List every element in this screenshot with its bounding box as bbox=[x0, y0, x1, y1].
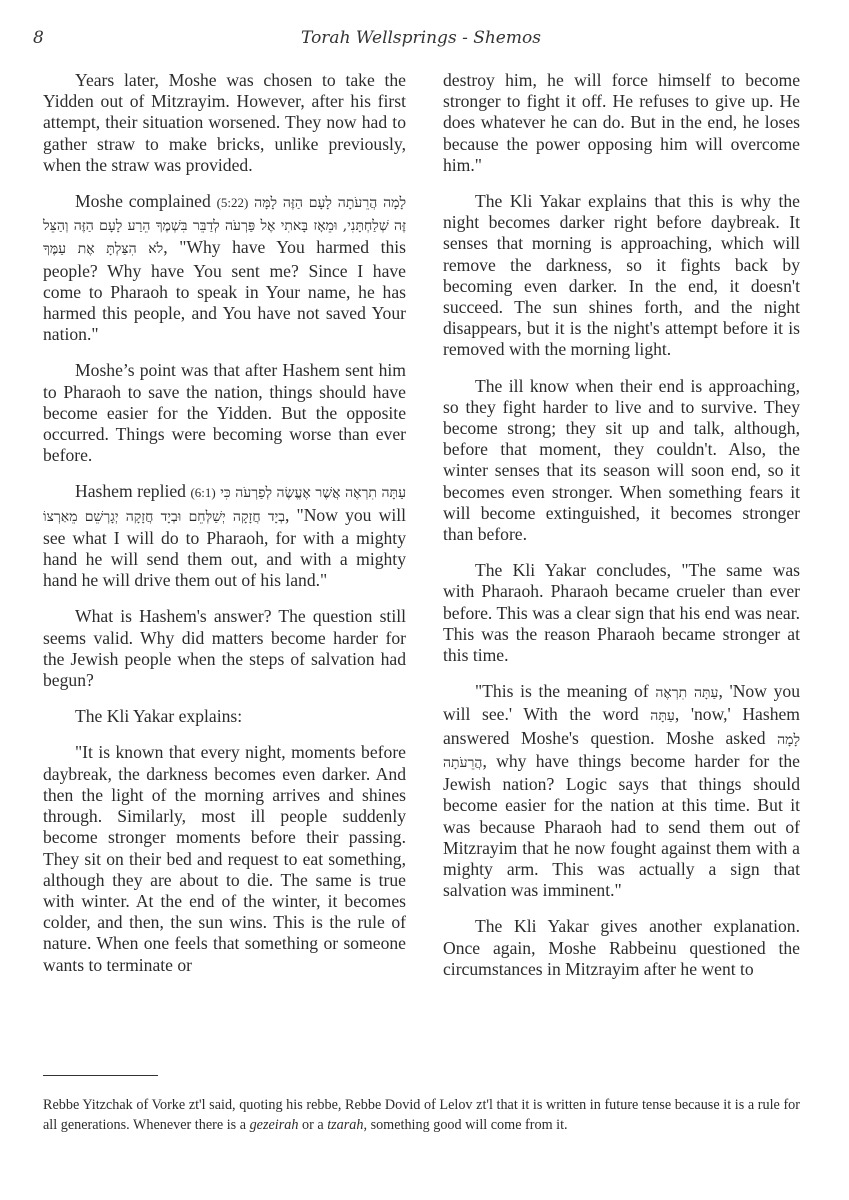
paragraph-hashem-replied: Hashem replied (6:1) עַתָּה תִרְאֶה אֲשֶ… bbox=[43, 481, 406, 591]
footnote-text: , something good will come from it. bbox=[363, 1117, 567, 1133]
footnote-italic-term: tzarah bbox=[327, 1117, 363, 1133]
paragraph: Years later, Moshe was chosen to take th… bbox=[43, 70, 406, 176]
paragraph-meaning: "This is the meaning of עַתָּה תִרְאֶה, … bbox=[443, 681, 800, 901]
paragraph: The Kli Yakar concludes, "The same was w… bbox=[443, 560, 800, 666]
hebrew-word: עַתָּה bbox=[650, 708, 675, 724]
paragraph: What is Hashem's answer? The question st… bbox=[43, 606, 406, 691]
paragraph-continued: destroy him, he will force himself to be… bbox=[443, 70, 800, 176]
book-page: 8 Torah Wellsprings - Shemos Years later… bbox=[0, 0, 849, 1200]
paragraph: Moshe’s point was that after Hashem sent… bbox=[43, 360, 406, 466]
paragraph-moshe-complained: Moshe complained (5:22) לָמָה הֲרֵעֹתָה … bbox=[43, 191, 406, 345]
paragraph-text: "This is the meaning of bbox=[475, 681, 655, 701]
paragraph: The Kli Yakar explains that this is why … bbox=[443, 191, 800, 361]
paragraph-lead: Hashem replied bbox=[75, 481, 190, 501]
right-column: destroy him, he will force himself to be… bbox=[443, 70, 800, 995]
paragraph: The ill know when their end is approachi… bbox=[443, 376, 800, 546]
page-header: 8 Torah Wellsprings - Shemos bbox=[33, 28, 809, 54]
hebrew-word: עַתָּה תִרְאֶה bbox=[655, 685, 718, 701]
paragraph-text: , why have things become harder for the … bbox=[443, 751, 800, 900]
footnote: Rebbe Yitzchak of Vorke zt'l said, quoti… bbox=[43, 1095, 800, 1135]
footnote-divider bbox=[43, 1075, 158, 1076]
running-title: Torah Wellsprings - Shemos bbox=[33, 28, 809, 48]
paragraph: The Kli Yakar explains: bbox=[43, 706, 406, 727]
footnote-italic-term: gezeirah bbox=[250, 1117, 299, 1133]
footnote-text: or a bbox=[298, 1117, 327, 1133]
verse-reference: (5:22) bbox=[217, 195, 249, 210]
paragraph-lead: Moshe complained bbox=[75, 191, 217, 211]
left-column: Years later, Moshe was chosen to take th… bbox=[43, 70, 406, 991]
paragraph: The Kli Yakar gives another explanation.… bbox=[443, 916, 800, 980]
paragraph: "It is known that every night, moments b… bbox=[43, 742, 406, 975]
verse-reference: (6:1) bbox=[190, 485, 215, 500]
